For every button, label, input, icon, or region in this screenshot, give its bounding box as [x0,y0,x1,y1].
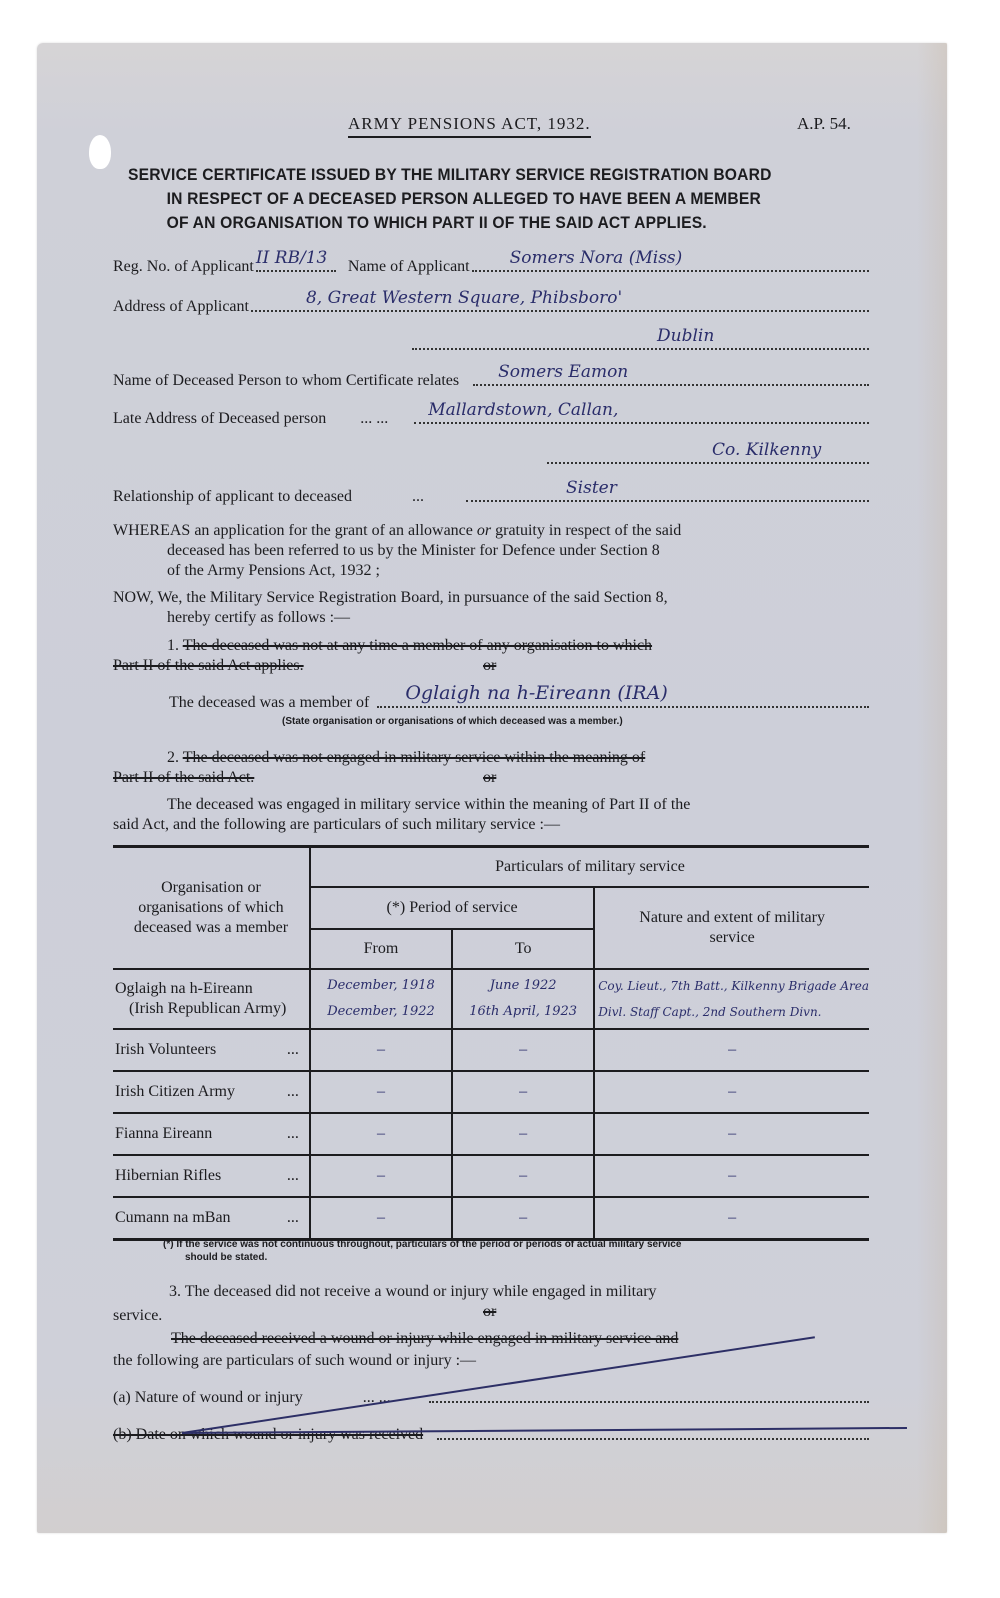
item-2-number: 2. [167,749,179,766]
relationship-ellipsis: ... [412,488,424,506]
address-row: Address of Applicant 8, Great Western Sq… [113,292,869,316]
whereas-text-2: gratuity in respect of the said [491,522,681,539]
late-address-ellipsis: ... ... [360,410,388,428]
late-address-line1: Mallardstown, Callan, [428,400,618,420]
applicant-address-line2: Dublin [657,326,714,346]
org-column-header: Organisation or organisations of which d… [113,847,310,970]
item-3-line-2: service. [113,1307,162,1324]
injury-date-field[interactable] [437,1437,869,1440]
org-ellipsis: ... [287,1166,299,1186]
from-cell[interactable]: – [310,1029,452,1071]
from-value-2: December, 1922 [311,999,451,1025]
org-name: Fianna Eireann [115,1124,212,1144]
from-cell[interactable]: – [310,1197,452,1240]
nature-header: Nature and extent of military service [594,887,869,969]
act-title: ARMY PENSIONS ACT, 1932. [348,114,591,138]
item-1-struck-line-2: Part II of the said Act applies. [113,657,304,674]
whereas-text: an application for the grant of an allow… [190,522,477,539]
from-cell[interactable]: – [310,1071,452,1113]
applicant-name-label: Name of Applicant [348,258,470,276]
whereas-line-3: of the Army Pensions Act, 1932 ; [113,561,869,581]
item-2-or: or [483,768,496,788]
relationship-field[interactable]: Sister [466,499,869,502]
org-subname: (Irish Republican Army) [115,999,309,1019]
applicant-address-field-1[interactable]: 8, Great Western Square, Phibsboro' [251,309,869,312]
particulars-header: Particulars of military service [310,847,869,888]
reg-no-field[interactable]: II RB/13 [256,269,336,272]
org-ellipsis: ... [287,1040,299,1060]
footnote-line-1: (*) If the service was not continuous th… [163,1238,681,1251]
nature-value-1: Coy. Lieut., 7th Batt., Kilkenny Brigade… [598,973,869,999]
org-name: Hibernian Rifles [115,1166,221,1186]
item-2-struck: 2. The deceased was not engaged in milit… [113,748,869,788]
late-address-row: Late Address of Deceased person ... ... … [113,404,869,428]
member-row: The deceased was a member of Oglaigh na … [113,688,869,712]
late-address-row-2: Co. Kilkenny [545,444,869,468]
nature-cell[interactable]: Coy. Lieut., 7th Batt., Kilkenny Brigade… [594,969,869,1029]
nature-cell[interactable]: – [594,1197,869,1240]
now-paragraph: NOW, We, the Military Service Registrati… [113,588,869,628]
deceased-name-row: Name of Deceased Person to whom Certific… [113,366,869,390]
item-3-paragraph: 3. The deceased did not receive a wound … [113,1280,869,1328]
late-address-field-2[interactable]: Co. Kilkenny [547,461,869,464]
from-cell[interactable]: December, 1918 December, 1922 [310,969,452,1029]
reg-no-value: II RB/13 [256,248,328,268]
item-1-or: or [483,656,496,676]
org-ellipsis: ... [287,1082,299,1102]
period-header: (*) Period of service [310,887,594,929]
applicant-name-field[interactable]: Somers Nora (Miss) [472,269,869,272]
service-table: Organisation or organisations of which d… [113,845,869,1241]
engaged-line-1: The deceased was engaged in military ser… [113,795,869,815]
to-header: To [452,929,594,969]
nature-cell[interactable]: – [594,1113,869,1155]
org-cell: Oglaigh na h-Eireann (Irish Republican A… [113,969,310,1029]
nature-value-2: Divl. Staff Capt., 2nd Southern Divn. [598,999,869,1025]
engaged-paragraph: The deceased was engaged in military ser… [113,795,869,835]
to-cell[interactable]: June 1922 16th April, 1923 [452,969,594,1029]
table-row: Cumann na mBan... – – – [113,1197,869,1240]
now-line-1: NOW, We, the Military Service Registrati… [113,588,869,608]
table-row: Oglaigh na h-Eireann (Irish Republican A… [113,969,869,1029]
item-3-or: or [483,1300,496,1324]
punch-hole [89,135,111,169]
now-line-2: hereby certify as follows :— [113,608,869,628]
reg-no-label: Reg. No. of Applicant [113,258,254,276]
deceased-name-value: Somers Eamon [498,362,628,382]
injury-nature-field[interactable] [429,1400,869,1403]
from-header: From [310,929,452,969]
item-2-struck-line-1: The deceased was not engaged in military… [183,749,646,766]
table-footnote: (*) If the service was not continuous th… [163,1238,681,1264]
to-value-1: June 1922 [453,973,593,999]
from-cell[interactable]: – [310,1155,452,1197]
injury-nature-label: (a) Nature of wound or injury [113,1389,303,1407]
member-note: (State organisation or organisations of … [282,716,623,727]
nature-cell[interactable]: – [594,1029,869,1071]
injury-particulars-line: the following are particulars of such wo… [113,1350,869,1372]
item-1-number: 1. [167,637,179,654]
heading-line-1: SERVICE CERTIFICATE ISSUED BY THE MILITA… [128,163,790,187]
org-name: Irish Volunteers [115,1040,216,1060]
late-address-line2: Co. Kilkenny [712,440,821,460]
org-cell: Irish Citizen Army... [113,1071,310,1113]
footnote-line-2: should be stated. [163,1251,681,1264]
late-address-label: Late Address of Deceased person [113,410,326,428]
applicant-address-field-2[interactable]: Dublin [412,347,869,350]
to-value-2: 16th April, 1923 [453,999,593,1025]
item-1-struck-line-1: The deceased was not at any time a membe… [183,637,652,654]
nature-cell[interactable]: – [594,1155,869,1197]
to-cell[interactable]: – [452,1155,594,1197]
injury-date-label: (b) Date on which wound or injury was re… [113,1426,423,1444]
org-cell: Irish Volunteers... [113,1029,310,1071]
relationship-row: Relationship of applicant to deceased ..… [113,482,869,506]
relationship-value: Sister [566,478,617,498]
deceased-name-field[interactable]: Somers Eamon [473,383,869,386]
member-field[interactable]: Oglaigh na h-Eireann (IRA) [377,705,869,708]
whereas-line-2: deceased has been referred to us by the … [113,541,869,561]
whereas-paragraph: WHEREAS an application for the grant of … [113,521,869,581]
deceased-name-label: Name of Deceased Person to whom Certific… [113,372,459,390]
item-2-struck-line-2: Part II of the said Act. [113,769,254,786]
nature-cell[interactable]: – [594,1071,869,1113]
member-label: The deceased was a member of [169,694,369,712]
table-row: Irish Volunteers... – – – [113,1029,869,1071]
certificate-heading: SERVICE CERTIFICATE ISSUED BY THE MILITA… [128,163,790,235]
relationship-label: Relationship of applicant to deceased [113,488,352,506]
table-row: Irish Citizen Army... – – – [113,1071,869,1113]
whereas-or: or [477,522,491,539]
table-row: Fianna Eireann... – – – [113,1113,869,1155]
applicant-address-label: Address of Applicant [113,298,249,316]
table-row: Hibernian Rifles... – – – [113,1155,869,1197]
whereas-lead: WHEREAS [113,522,190,539]
org-cell: Hibernian Rifles... [113,1155,310,1197]
to-cell[interactable]: – [452,1113,594,1155]
from-cell[interactable]: – [310,1113,452,1155]
applicant-name-value: Somers Nora (Miss) [510,248,683,268]
item-1-struck: 1. The deceased was not at any time a me… [113,636,869,676]
form-number: A.P. 54. [797,114,851,134]
injury-struck-line: The deceased received a wound or injury … [171,1330,678,1347]
late-address-field-1[interactable]: Mallardstown, Callan, [414,421,869,424]
heading-line-3: OF AN ORGANISATION TO WHICH PART II OF T… [128,211,790,235]
from-value-1: December, 1918 [311,973,451,999]
address-row-2: Dublin [410,330,869,354]
org-ellipsis: ... [287,1208,299,1228]
to-cell[interactable]: – [452,1071,594,1113]
org-name: Oglaigh na h-Eireann [115,979,309,999]
reg-name-row: Reg. No. of Applicant II RB/13 Name of A… [113,252,869,276]
org-cell: Cumann na mBan... [113,1197,310,1240]
injury-particulars: The deceased received a wound or injury … [113,1328,869,1372]
engaged-line-2: said Act, and the following are particul… [113,815,869,835]
heading-line-2: IN RESPECT OF A DECEASED PERSON ALLEGED … [128,187,790,211]
to-cell[interactable]: – [452,1197,594,1240]
org-ellipsis: ... [287,1124,299,1144]
org-name: Irish Citizen Army [115,1082,235,1102]
member-value: Oglaigh na h-Eireann (IRA) [405,682,667,704]
org-name: Cumann na mBan [115,1208,231,1228]
org-cell: Fianna Eireann... [113,1113,310,1155]
to-cell[interactable]: – [452,1029,594,1071]
applicant-address-line1: 8, Great Western Square, Phibsboro' [306,288,622,308]
